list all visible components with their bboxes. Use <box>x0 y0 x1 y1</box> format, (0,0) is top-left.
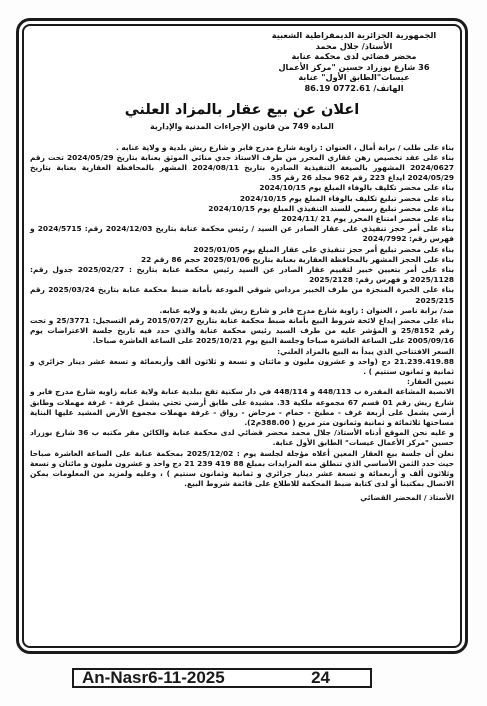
page-number: 24 <box>311 668 330 688</box>
body-paragraph: تعيين العقار: <box>30 377 454 387</box>
header-line-floor: عيسات"الطابق الأول" عنابة <box>254 72 454 83</box>
body-paragraph: بناء على أمر بتعيين خبير لتقييم عقار الص… <box>30 265 454 285</box>
publication-date: An-Nasr6-11-2025 <box>82 668 225 688</box>
legal-notice: الجمهورية الجزائرية الديمقراطية الشعبية … <box>30 28 454 502</box>
notice-body: بناء على طلب / برابة أمال ، العنوان : زا… <box>30 143 454 490</box>
header-line-court: محضر قضائي لدى محكمة عنابة <box>254 51 454 62</box>
body-paragraph: بناء على أمر حجز تنفيذي على عقار الصادر … <box>30 224 454 244</box>
body-paragraph: و عليه نحن الموقع أدناه الأستاذ/ جلال مح… <box>30 428 454 448</box>
header-line-bailiff-name: الأستاذ/ جلال محمد <box>254 41 454 52</box>
body-paragraph: بناء على محضر امتناع المحرر يوم 21 /2024… <box>30 214 454 224</box>
body-paragraph: نعلن أن جلسة بيع العقار المعين أعلاه مؤج… <box>30 449 454 490</box>
body-paragraph: بناء على محضر تبليغ أمر حجز تنفيذي على ع… <box>30 245 454 255</box>
body-paragraph: السعر الافتتاحي الذي يبدأ به البيع بالمز… <box>30 347 454 357</box>
notice-title: اعلان عن بيع عقار بالمزاد العلني <box>30 102 454 118</box>
header-line-address: 36 شارع بوزراد حسين "مركز الأعمال <box>254 62 454 73</box>
bailiff-header: الجمهورية الجزائرية الديمقراطية الشعبية … <box>254 30 454 94</box>
body-paragraph: بناء على محضر تبليغ تكليف بالوفاء المبلغ… <box>30 194 454 204</box>
signature: الأستاذ / المحضر القضائي <box>30 493 454 502</box>
body-paragraph: 21.239.419.88 دج (واحد و عشرون مليون و م… <box>30 357 454 377</box>
body-paragraph: بناء على الخبرة المنجزة من طرف الخبير مر… <box>30 285 454 305</box>
newspaper-footer: An-Nasr6-11-2025 24 <box>72 668 372 688</box>
body-paragraph: ضد/ برابة ناصر ، العنوان : زاوية شارع مد… <box>30 306 454 316</box>
body-paragraph: بناء على عقد تخصيص رهن عقاري المحرر من ط… <box>30 153 454 184</box>
body-paragraph: بناء على الحجز المشهر بالمحافظة العقارية… <box>30 255 454 265</box>
body-paragraph: بناء على محضر تبليغ رسمي للسند التنفيذي … <box>30 204 454 214</box>
body-paragraph: بناء على محضر تكليف بالوفاء المبلغ يوم 2… <box>30 183 454 193</box>
header-line-country: الجمهورية الجزائرية الديمقراطية الشعبية <box>254 30 454 41</box>
body-paragraph: بناء على محضر إيداع لائحة شروط البيع بأم… <box>30 316 454 347</box>
header-line-phone: الهاتف/ 0772.61 86.19 <box>254 83 454 94</box>
body-paragraph: الانصبة المشاعة المقدرة ب 448/113 و 448/… <box>30 387 454 428</box>
notice-subtitle: المادة 749 من قانون الإجراءات المدنية وا… <box>30 122 454 131</box>
body-paragraph: بناء على طلب / برابة أمال ، العنوان : زا… <box>30 143 454 153</box>
